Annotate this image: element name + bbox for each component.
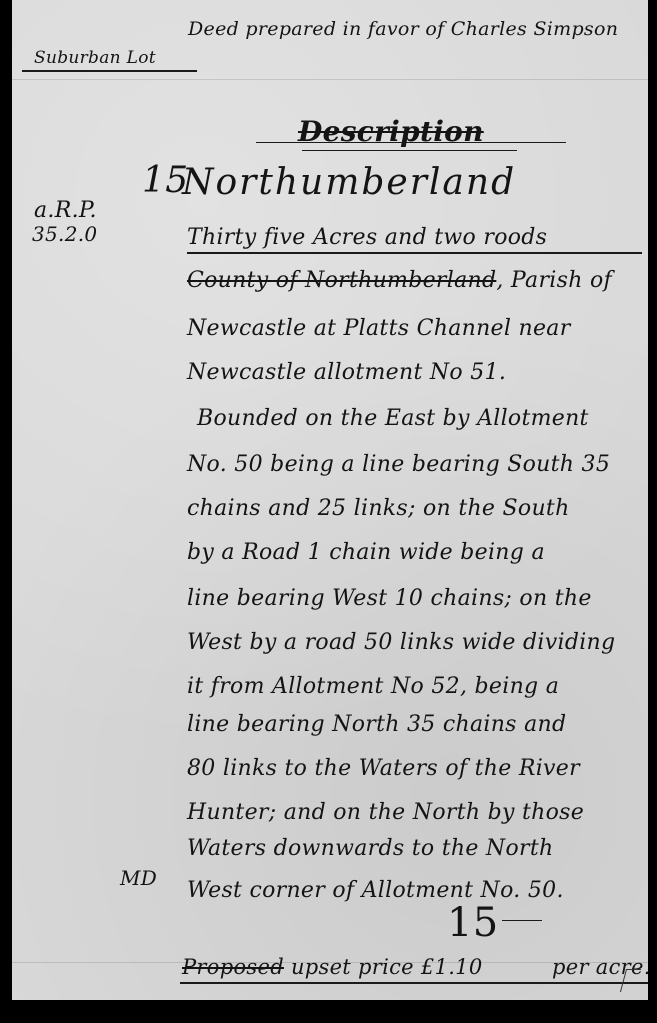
body-line: County of Northumberland, Parish of <box>187 268 612 293</box>
body-line: Hunter; and on the North by those <box>187 800 584 825</box>
fold-line <box>12 79 648 80</box>
title-underline <box>302 150 517 151</box>
footer-dash <box>502 920 542 921</box>
upset-price: upset price £1.10 <box>291 955 483 979</box>
body-line: line bearing West 10 chains; on the <box>187 586 592 611</box>
county-heading: Northumberland <box>182 162 516 203</box>
body-line: chains and 25 links; on the South <box>187 496 570 521</box>
deed-note: Deed prepared in favor of Charles Simpso… <box>188 18 618 40</box>
body-line: West corner of Allotment No. 50. <box>187 878 564 903</box>
body-line: 80 links to the Waters of the River <box>187 756 580 781</box>
page-title: Description <box>298 115 484 148</box>
body-line: Thirty five Acres and two roods <box>187 225 547 250</box>
struck-proposed: Proposed <box>182 955 284 979</box>
body-line: No. 50 being a line bearing South 35 <box>187 452 610 477</box>
body-line: Newcastle at Platts Channel near <box>187 316 571 341</box>
area-units-header: a.R.P. <box>34 198 97 223</box>
margin-initials: MD <box>120 866 157 890</box>
body-line: by a Road 1 chain wide being a <box>187 540 545 565</box>
document-page: Suburban Lot Deed prepared in favor of C… <box>12 0 648 1000</box>
area-units-value: 35.2.0 <box>32 222 97 246</box>
body-line: line bearing North 35 chains and <box>187 712 566 737</box>
body-line: West by a road 50 links wide dividing <box>187 630 615 655</box>
struck-county: County of Northumberland <box>187 268 496 293</box>
footer-lot-number: 15 <box>447 900 499 946</box>
lot-type-label: Suburban Lot <box>34 48 156 68</box>
parish-text: , Parish of <box>496 268 612 293</box>
title-underline <box>256 142 566 143</box>
body-line: Waters downwards to the North <box>187 836 553 861</box>
price-line: Proposed upset price £1.10 <box>182 955 483 979</box>
price-underline <box>180 982 648 984</box>
body-line: it from Allotment No 52, being a <box>187 674 559 699</box>
lot-type-underline <box>22 70 197 72</box>
line-underline <box>187 252 642 254</box>
body-line: Newcastle allotment No 51. <box>187 360 506 385</box>
body-line: Bounded on the East by Allotment <box>197 406 589 431</box>
